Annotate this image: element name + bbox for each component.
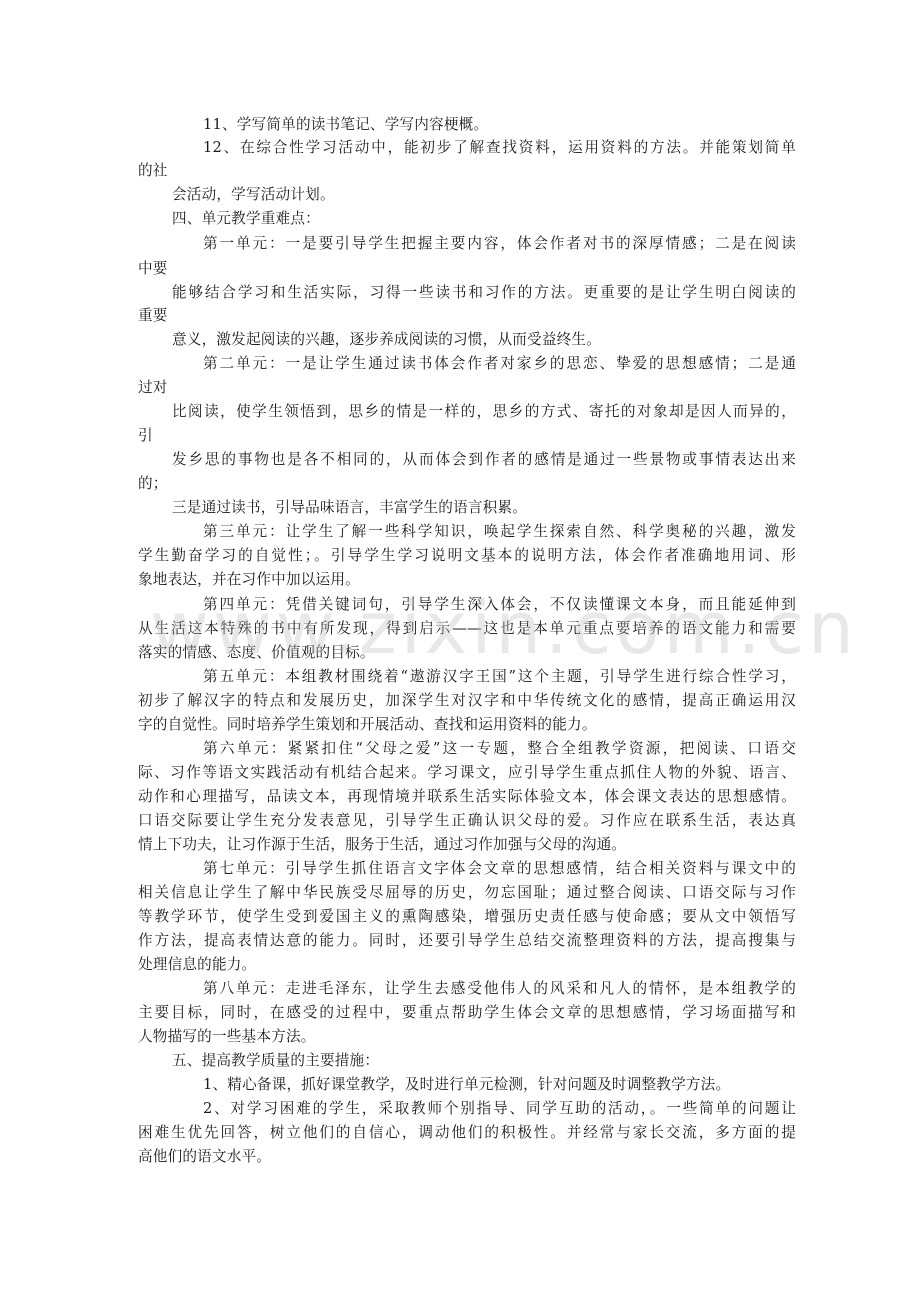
text-line: 发乡思的事物也是各不相同的，从而体会到作者的感情是通过一些景物或事情表达出来 [172,450,796,470]
text-line: 比阅读，使学生领悟到，思乡的情是一样的，思乡的方式、寄托的对象却是因人而异的， [172,402,796,422]
text-line: 人物描写的一些基本方法。 [138,1027,316,1047]
text-line: 四、单元教学重难点： [172,209,320,229]
text-line: 学生勤奋学习的自觉性；。引导学生学习说明文基本的说明方法，体会作者准确地用词、形 [138,546,796,566]
text-line: 第六单元：紧紧扣住“父母之爱”这一专题，整合全组教学资源，把阅读、口语交 [203,739,796,759]
text-line: 象地表达，并在习作中加以运用。 [138,570,360,590]
text-line: 1、精心备课，抓好课堂教学，及时进行单元检测，针对问题及时调整教学方法。 [203,1075,730,1095]
text-line: 从生活这本特殊的书中有所发现，得到启示——这也是本单元重点要培养的语文能力和需要 [138,619,796,639]
text-line: 落实的情感、态度、价值观的目标。 [138,643,375,663]
text-line: 情上下功夫，让习作源于生活，服务于生活，通过习作加强与父母的沟通。 [138,835,626,855]
text-line: 过对 [138,378,168,398]
text-line: 的社 [138,161,168,181]
text-line: 五、提高教学质量的主要措施： [172,1051,379,1071]
text-line: 12、在综合性学习活动中，能初步了解查找资料，运用资料的方法。并能策划简单 [203,138,796,158]
text-line: 字的自觉性。同时培养学生策划和开展活动、查找和运用资料的能力。 [138,715,597,735]
text-line: 2、对学习困难的学生，采取教师个别指导、同学互助的活动，。一些简单的问题让 [203,1099,796,1119]
text-line: 口语交际要让学生充分发表意见，引导学生正确认识父母的爱。习作应在联系生活，表达真 [138,811,796,831]
text-line: 中要 [138,259,168,279]
text-line: 动作和心理描写，品读文本，再现情境并联系生活实际体验文本，体会课文表达的思想感情… [138,787,796,807]
text-line: 际、习作等语文实践活动有机结合起来。学习课文，应引导学生重点抓住人物的外貌、语言… [138,763,796,783]
text-line: 第八单元：走进毛泽东，让学生去感受他伟人的风采和凡人的情怀，是本组教学的 [203,979,796,999]
text-line: 作方法，提高表情达意的能力。同时，还要引导学生总结交流整理资料的方法，提高搜集与 [138,931,796,951]
text-line: 第三单元：让学生了解一些科学知识，唤起学生探索自然、科学奥秘的兴趣，激发 [203,522,796,542]
text-line: 11、学写简单的读书笔记、学写内容梗概。 [203,115,488,135]
text-line: 困难生优先回答，树立他们的自信心，调动他们的积极性。并经常与家长交流，多方面的提 [138,1123,796,1143]
text-line: 第四单元：凭借关键词句，引导学生深入体会，不仅读懂课文本身，而且能延伸到 [203,595,796,615]
text-line: 相关信息让学生了解中华民族受尽屈辱的历史，勿忘国耻；通过整合阅读、口语交际与习作 [138,883,796,903]
text-line: 等教学环节，使学生受到爱国主义的熏陶感染，增强历史责任感与使命感；要从文中领悟写 [138,907,796,927]
text-line: 第七单元：引导学生抓住语言文字体会文章的思想感情，结合相关资料与课文中的 [203,859,796,879]
text-line: 意义，激发起阅读的兴趣，逐步养成阅读的习惯，从而受益终生。 [172,330,601,350]
text-line: 三是通过读书，引导品味语言，丰富学生的语言积累。 [172,498,527,518]
text-line: 高他们的语文水平。 [138,1147,271,1167]
text-line: 主要目标，同时，在感受的过程中，要重点帮助学生体会文章的思想感情，学习场面描写和 [138,1003,796,1023]
text-line: 第五单元：本组教材围绕着“遨游汉字王国”这个主题，引导学生进行综合性学习， [203,667,796,687]
text-line: 的； [138,474,168,494]
text-line: 初步了解汉字的特点和发展历史，加深学生对汉字和中华传统文化的感情，提高正确运用汉 [138,691,796,711]
text-line: 第二单元：一是让学生通过读书体会作者对家乡的思恋、挚爱的思想感情；二是通 [203,354,796,374]
text-line: 能够结合学习和生活实际，习得一些读书和习作的方法。更重要的是让学生明白阅读的 [172,283,796,303]
text-line: 处理信息的能力。 [138,955,256,975]
document-page: 11、学写简单的读书笔记、学写内容梗概。12、在综合性学习活动中，能初步了解查找… [0,0,920,1302]
text-line: 第一单元：一是要引导学生把握主要内容，体会作者对书的深厚情感；二是在阅读 [203,234,796,254]
text-line: 引 [138,426,153,446]
text-line: 重要 [138,306,168,326]
text-line: 会活动，学写活动计划。 [172,185,335,205]
